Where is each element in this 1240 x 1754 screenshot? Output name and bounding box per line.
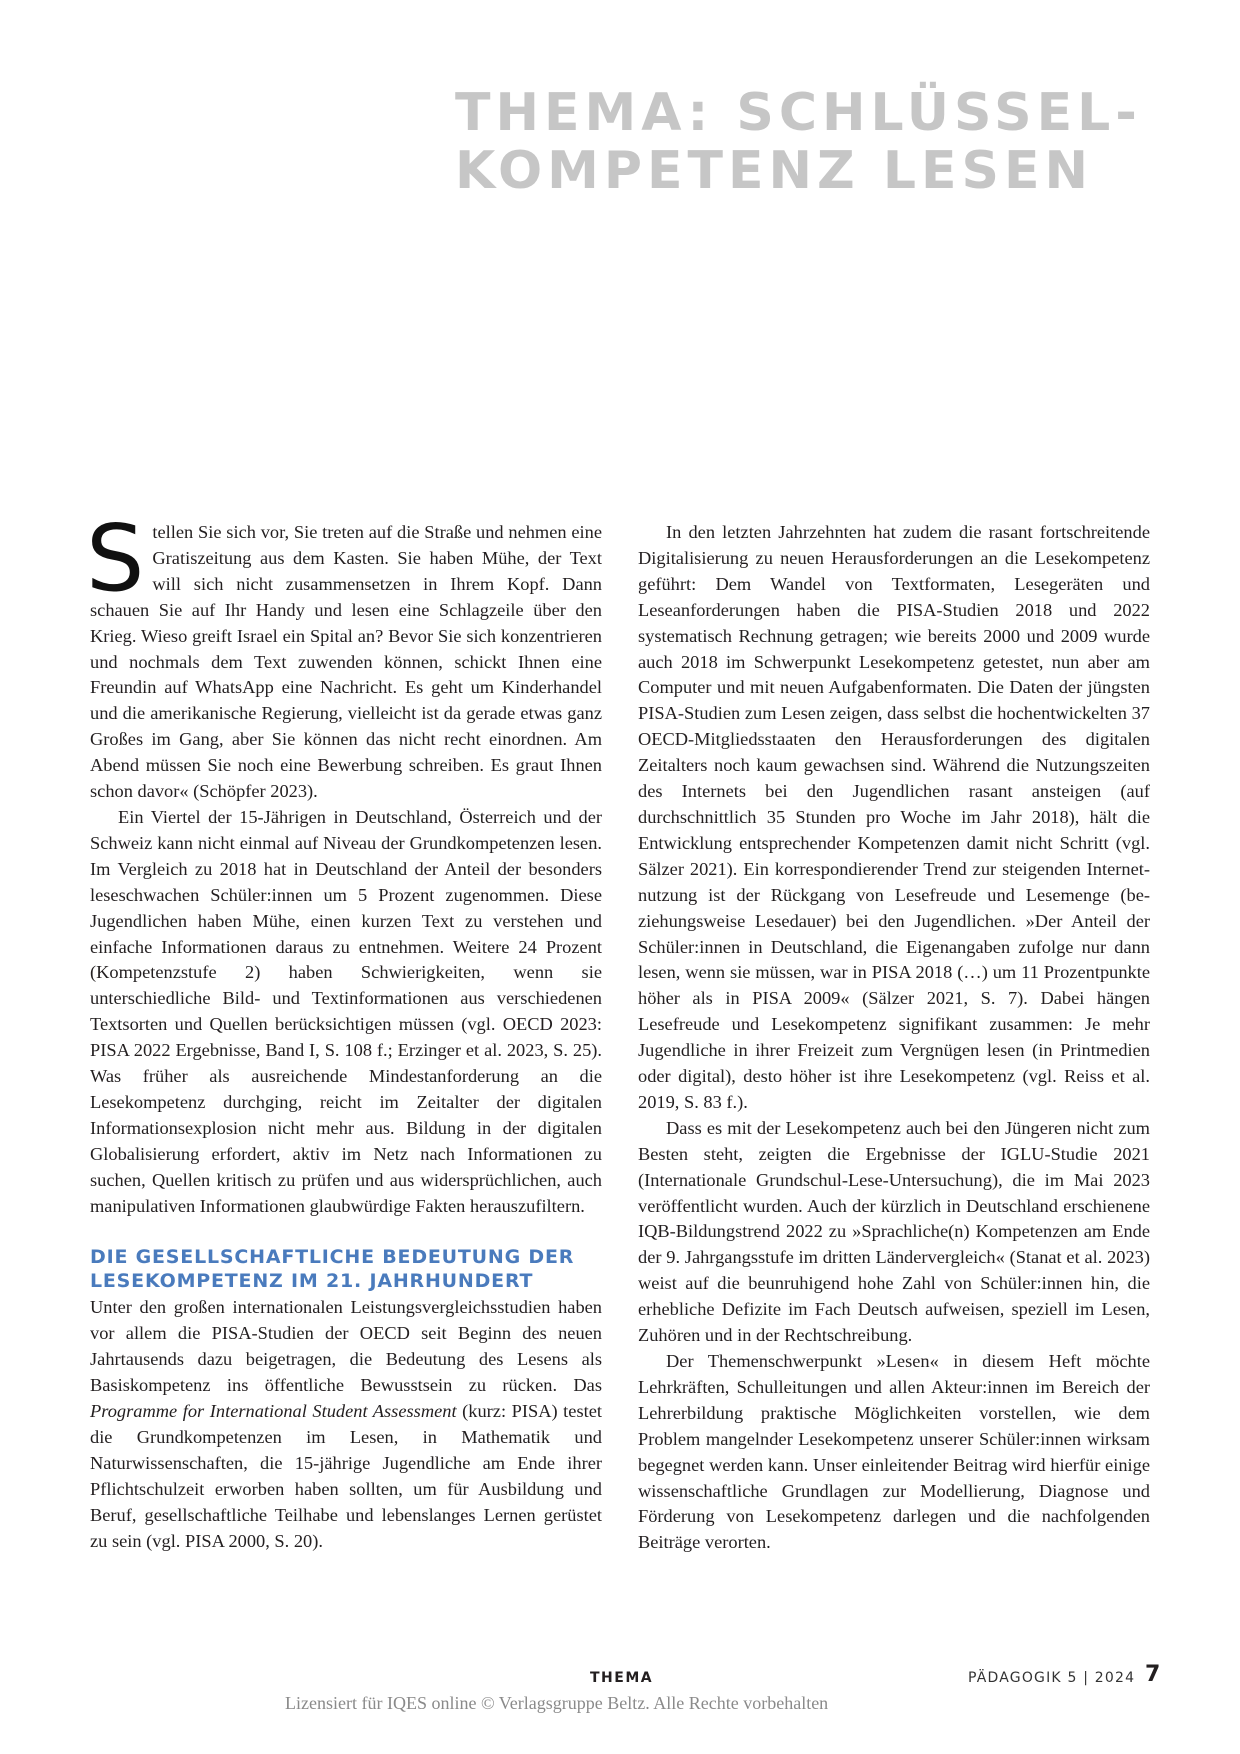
page-title: THEMA: SCHLÜSSEL- KOMPETENZ LESEN	[455, 84, 1175, 200]
footer-section-label: THEMA	[590, 1670, 653, 1686]
license-notice: Lizensiert für IQES online © Verlagsgrup…	[285, 1693, 965, 1714]
body-paragraph: In den letzten Jahrzehnten hat zudem die…	[638, 520, 1150, 1116]
body-text: Unter den großen internationalen Leistun…	[90, 1297, 602, 1395]
section-subheading: DIE GESELLSCHAFTLICHE BEDEUTUNG DER LESE…	[90, 1245, 602, 1293]
left-column: Stellen Sie sich vor, Sie treten auf die…	[90, 520, 602, 1555]
body-paragraph: Dass es mit der Lesekompetenz auch bei d…	[638, 1116, 1150, 1349]
page-number: 7	[1145, 1662, 1160, 1687]
body-paragraph: Ein Viertel der 15-Jährigen in Deutschla…	[90, 805, 602, 1220]
intro-paragraph-text: tellen Sie sich vor, Sie treten auf die …	[90, 522, 602, 801]
italic-term: Programme for International Student Asse…	[90, 1401, 457, 1421]
page-title-line-2: KOMPETENZ LESEN	[455, 142, 1175, 200]
body-paragraph: Unter den großen internationalen Leistun…	[90, 1295, 602, 1554]
intro-paragraph: Stellen Sie sich vor, Sie treten auf die…	[90, 520, 602, 805]
body-paragraph: Der Themenschwerpunkt »Lesen« in diesem …	[638, 1349, 1150, 1556]
right-column: In den letzten Jahrzehnten hat zudem die…	[638, 520, 1150, 1556]
drop-cap: S	[86, 522, 144, 596]
footer-issue-label: PÄDAGOGIK 5 | 2024	[968, 1670, 1135, 1686]
page-title-line-1: THEMA: SCHLÜSSEL-	[455, 84, 1175, 142]
body-text: (kurz: PISA) testet die Grundkompetenzen…	[90, 1401, 602, 1551]
